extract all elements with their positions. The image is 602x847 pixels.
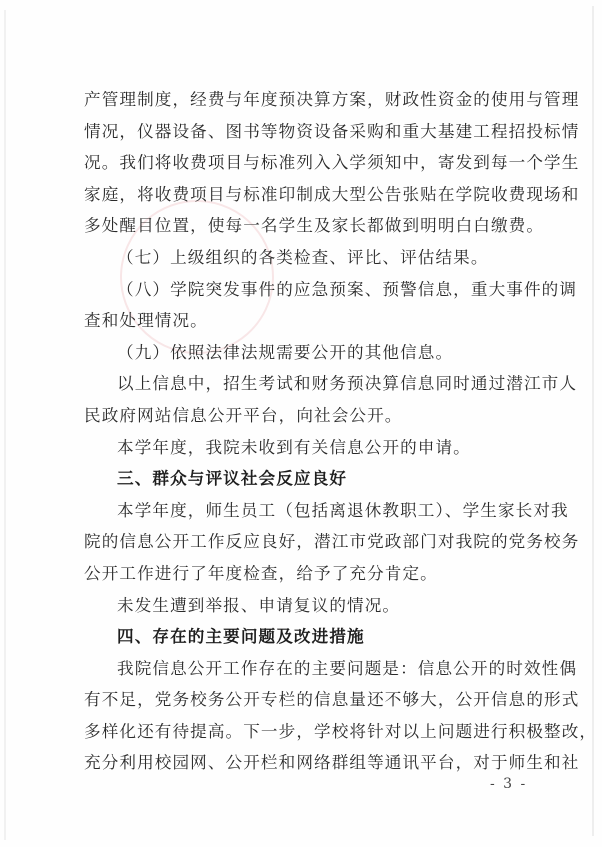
text-line: 查和处理情况。 [84,305,532,337]
document-page: 产管理制度，经费与年度预决算方案，财政性资金的使用与管理情况，仪器设备、图书等物… [0,0,602,847]
text-line: 家庭，将收费项目与标准印制成大型公告张贴在学院收费现场和 [84,179,532,211]
text-line: 充分利用校园网、公开栏和网络群组等通讯平台，对于师生和社 [84,747,532,779]
text-line: 多样化还有待提高。下一步，学校将针对以上问题进行积极整改， [84,716,532,748]
text-line: 民政府网站信息公开平台，向社会公开。 [84,400,532,432]
text-line: 我院信息公开工作存在的主要问题是：信息公开的时效性偶 [84,653,532,685]
text-line: 多处醒目位置，使每一名学生及家长都做到明明白白缴费。 [84,210,532,242]
scan-edge-left [4,10,6,840]
scan-edge-right [592,6,594,836]
document-body: 产管理制度，经费与年度预决算方案，财政性资金的使用与管理情况，仪器设备、图书等物… [84,84,532,779]
page-number: - 3 - [490,776,527,792]
text-line: 情况，仪器设备、图书等物资设备采购和重大基建工程招投标情 [84,116,532,148]
text-line: 产管理制度，经费与年度预决算方案，财政性资金的使用与管理 [84,84,532,116]
text-line: 本学年度，我院未收到有关信息公开的申请。 [84,432,532,464]
text-line: 以上信息中，招生考试和财务预决算信息同时通过潜江市人 [84,368,532,400]
text-line: 有不足，党务校务公开专栏的信息量还不够大，公开信息的形式 [84,684,532,716]
text-line: 未发生遭到举报、申请复议的情况。 [84,590,532,622]
text-line: （九）依照法律法规需要公开的其他信息。 [84,337,532,369]
section-heading: 三、群众与评议社会反应良好 [84,463,532,495]
text-line: （七）上级组织的各类检查、评比、评估结果。 [84,242,532,274]
text-line: （八）学院突发事件的应急预案、预警信息，重大事件的调 [84,274,532,306]
text-line: 况。我们将收费项目与标准列入入学须知中，寄发到每一个学生 [84,147,532,179]
text-line: 院的信息公开工作反应良好，潜江市党政部门对我院的党务校务 [84,526,532,558]
text-line: 公开工作进行了年度检查，给予了充分肯定。 [84,558,532,590]
text-line: 本学年度，师生员工（包括离退休教职工）、学生家长对我 [84,495,532,527]
section-heading: 四、存在的主要问题及改进措施 [84,621,532,653]
